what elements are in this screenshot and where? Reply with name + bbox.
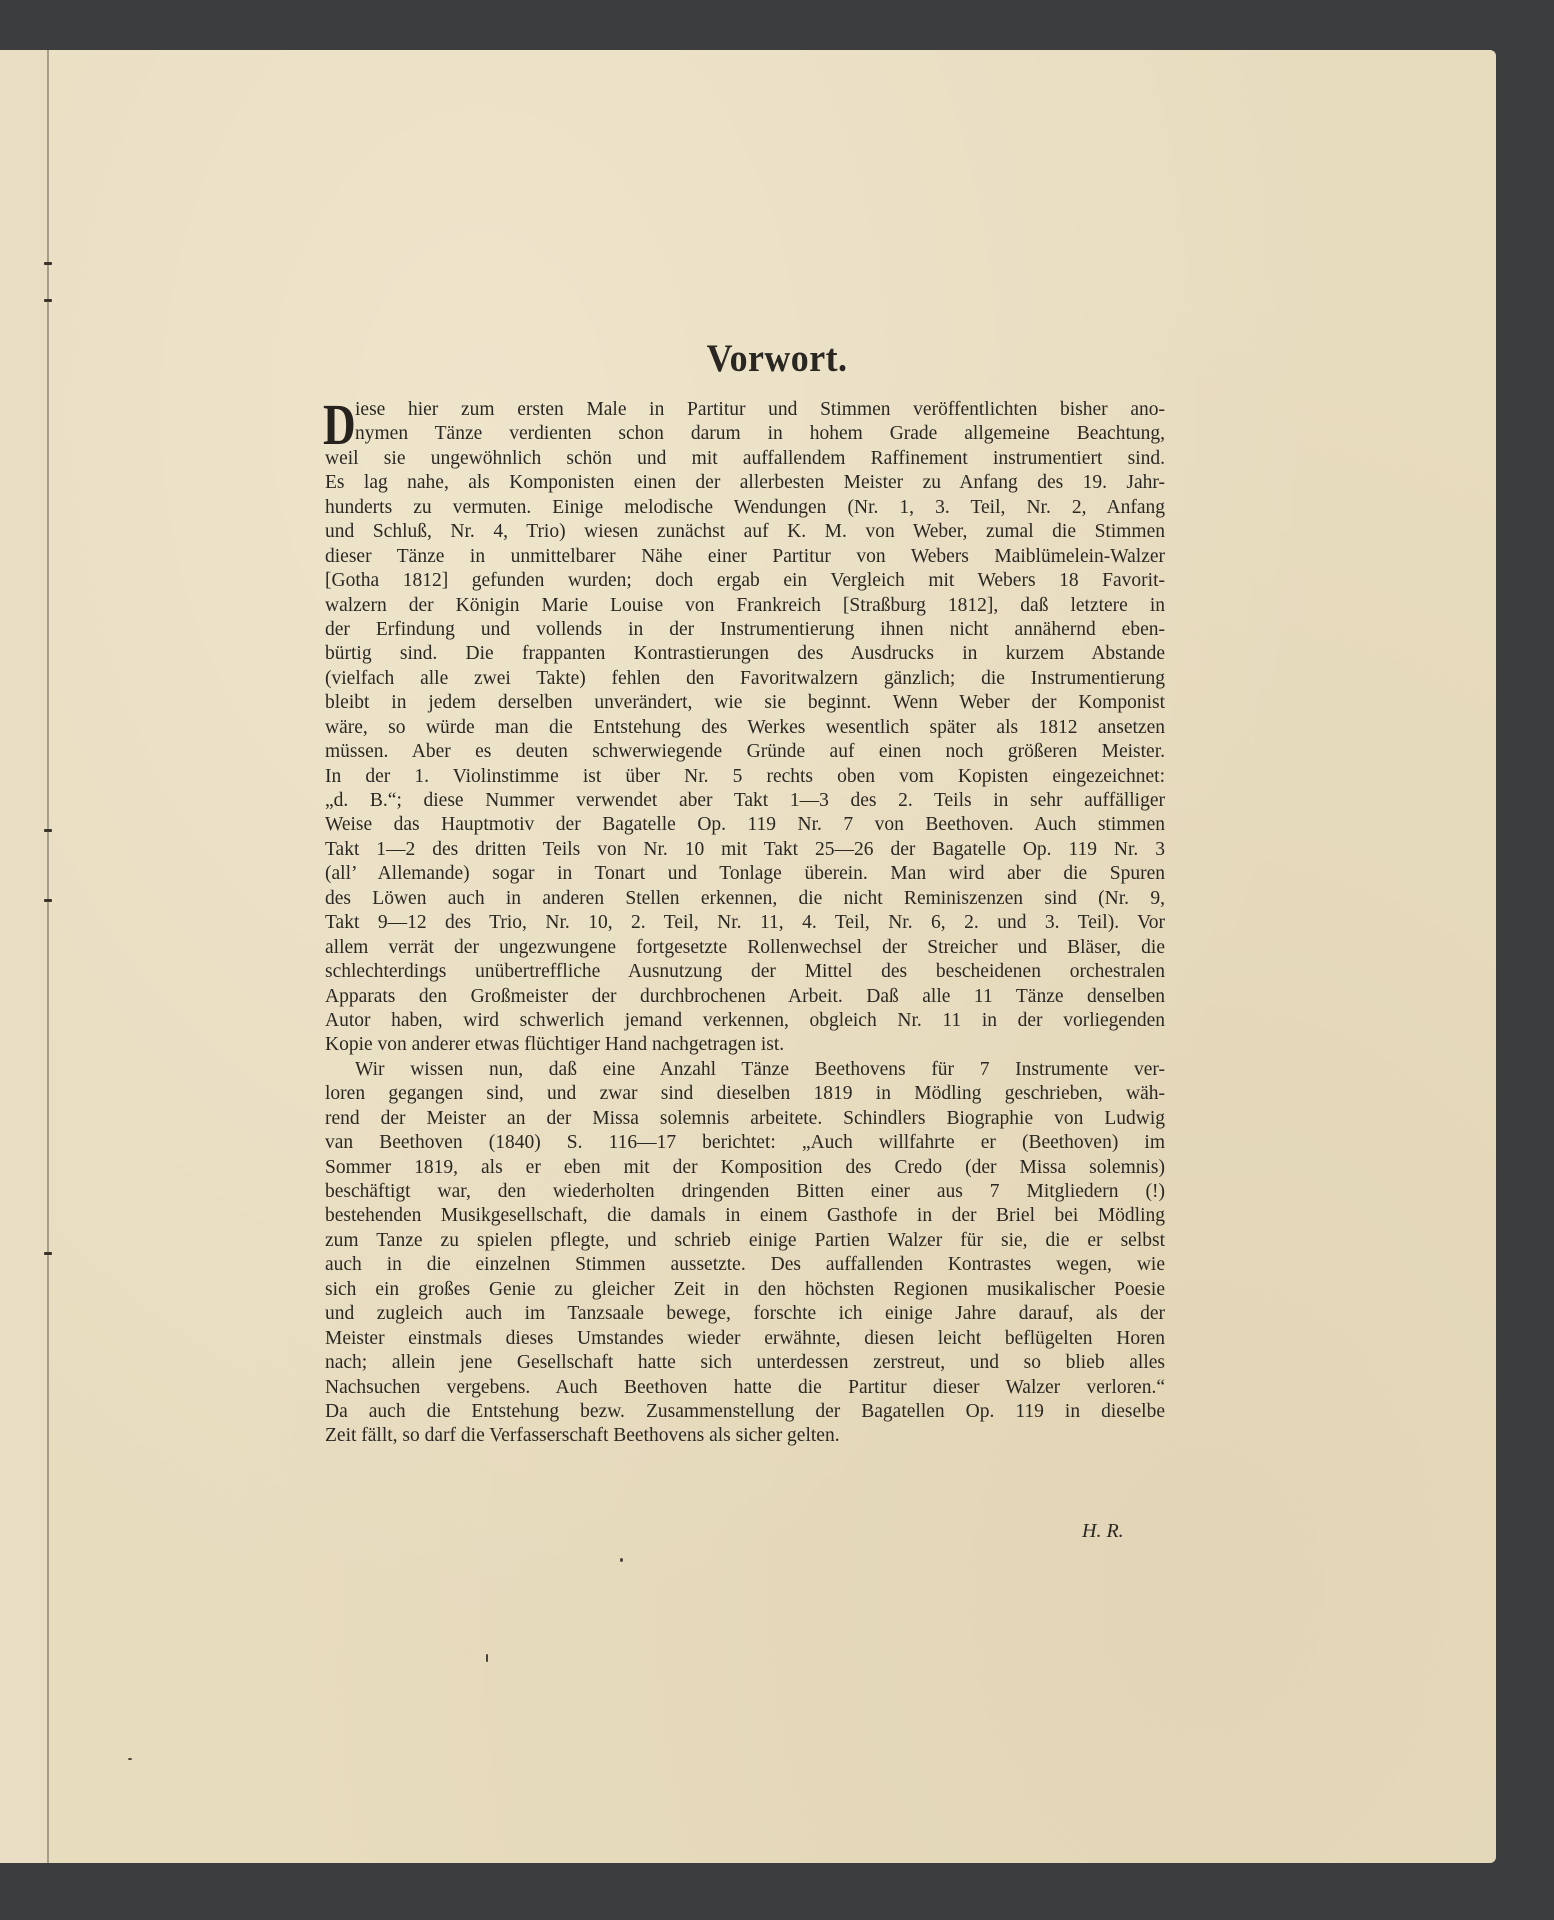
text-line: (all’ Allemande) sogar in Tonart und Ton… xyxy=(325,862,1165,886)
paper-speck xyxy=(128,1758,132,1760)
text-line: nach; allein jene Gesellschaft hatte sic… xyxy=(325,1351,1165,1375)
text-line: Es lag nahe, als Komponisten einen der a… xyxy=(325,471,1165,495)
binding-stitch xyxy=(44,899,52,902)
text-line: Autor haben, wird schwerlich jemand verk… xyxy=(325,1009,1165,1033)
text-line: Da auch die Entstehung bezw. Zusammenste… xyxy=(325,1400,1165,1424)
text-line: Takt 1—2 des dritten Teils von Nr. 10 mi… xyxy=(325,838,1165,862)
text-line: auch in die einzelnen Stimmen aussetzte.… xyxy=(325,1253,1165,1277)
text-line: walzern der Königin Marie Louise von Fra… xyxy=(325,594,1165,618)
text-line: [Gotha 1812] gefunden wurden; doch ergab… xyxy=(325,569,1165,593)
text-line: und zugleich auch im Tanzsaale bewege, f… xyxy=(325,1302,1165,1326)
page-title: Vorwort. xyxy=(62,336,1492,381)
text-line: In der 1. Violinstimme ist über Nr. 5 re… xyxy=(325,765,1165,789)
text-line: des Löwen auch in anderen Stellen erkenn… xyxy=(325,887,1165,911)
text-line: Nachsuchen vergebens. Auch Beethoven hat… xyxy=(325,1376,1165,1400)
book-gutter xyxy=(47,50,49,1863)
text-line: bestehenden Musikgesellschaft, die damal… xyxy=(325,1204,1165,1228)
text-line: und Schluß, Nr. 4, Trio) wiesen zunächst… xyxy=(325,520,1165,544)
text-line: nymen Tänze verdienten schon darum in ho… xyxy=(325,422,1165,446)
text-line: bleibt in jedem derselben unverändert, w… xyxy=(325,691,1165,715)
text-line: sich ein großes Genie zu gleicher Zeit i… xyxy=(325,1278,1165,1302)
paper-speck xyxy=(620,1558,623,1562)
text-line: Wir wissen nun, daß eine Anzahl Tänze Be… xyxy=(325,1058,1165,1082)
binding-stitch xyxy=(44,1252,52,1255)
text-line: Apparats den Großmeister der durchbroche… xyxy=(325,985,1165,1009)
text-line: Meister einstmals dieses Umstandes wiede… xyxy=(325,1327,1165,1351)
paper-speck xyxy=(486,1654,488,1662)
text-line: Sommer 1819, als er eben mit der Komposi… xyxy=(325,1156,1165,1180)
text-line: loren gegangen sind, und zwar sind diese… xyxy=(325,1082,1165,1106)
text-line: van Beethoven (1840) S. 116—17 berichtet… xyxy=(325,1131,1165,1155)
text-line: schlechterdings unübertreffliche Ausnutz… xyxy=(325,960,1165,984)
text-line: allem verrät der ungezwungene fortgesetz… xyxy=(325,936,1165,960)
text-line: iese hier zum ersten Male in Partitur un… xyxy=(325,398,1165,422)
text-line: Zeit fällt, so darf die Verfasserschaft … xyxy=(325,1424,1165,1448)
text-line: (vielfach alle zwei Takte) fehlen den Fa… xyxy=(325,667,1165,691)
binding-stitch xyxy=(44,262,52,265)
text-line: der Erfindung und vollends in der Instru… xyxy=(325,618,1165,642)
preface-body: D iese hier zum ersten Male in Partitur … xyxy=(325,398,1165,1449)
text-line: dieser Tänze in unmittelbarer Nähe einer… xyxy=(325,545,1165,569)
text-line: Kopie von anderer etwas flüchtiger Hand … xyxy=(325,1033,1165,1057)
text-line: hunderts zu vermuten. Einige melodische … xyxy=(325,496,1165,520)
text-line: Weise das Hauptmotiv der Bagatelle Op. 1… xyxy=(325,813,1165,837)
text-line: müssen. Aber es deuten schwerwiegende Gr… xyxy=(325,740,1165,764)
previous-page-edge xyxy=(0,50,48,1863)
text-line: Takt 9—12 des Trio, Nr. 10, 2. Teil, Nr.… xyxy=(325,911,1165,935)
binding-stitch xyxy=(44,829,52,832)
drop-cap: D xyxy=(323,402,356,448)
binding-stitch xyxy=(44,299,52,302)
text-line: „d. B.“; diese Nummer verwendet aber Tak… xyxy=(325,789,1165,813)
author-initials: H. R. xyxy=(1082,1520,1124,1543)
text-line: bürtig sind. Die frappanten Kontrastieru… xyxy=(325,642,1165,666)
text-line: beschäftigt war, den wiederholten dringe… xyxy=(325,1180,1165,1204)
text-line: wäre, so würde man die Entstehung des We… xyxy=(325,716,1165,740)
text-line: rend der Meister an der Missa solemnis a… xyxy=(325,1107,1165,1131)
text-line: weil sie ungewöhnlich schön und mit auff… xyxy=(325,447,1165,471)
text-line: zum Tanze zu spielen pflegte, und schrie… xyxy=(325,1229,1165,1253)
